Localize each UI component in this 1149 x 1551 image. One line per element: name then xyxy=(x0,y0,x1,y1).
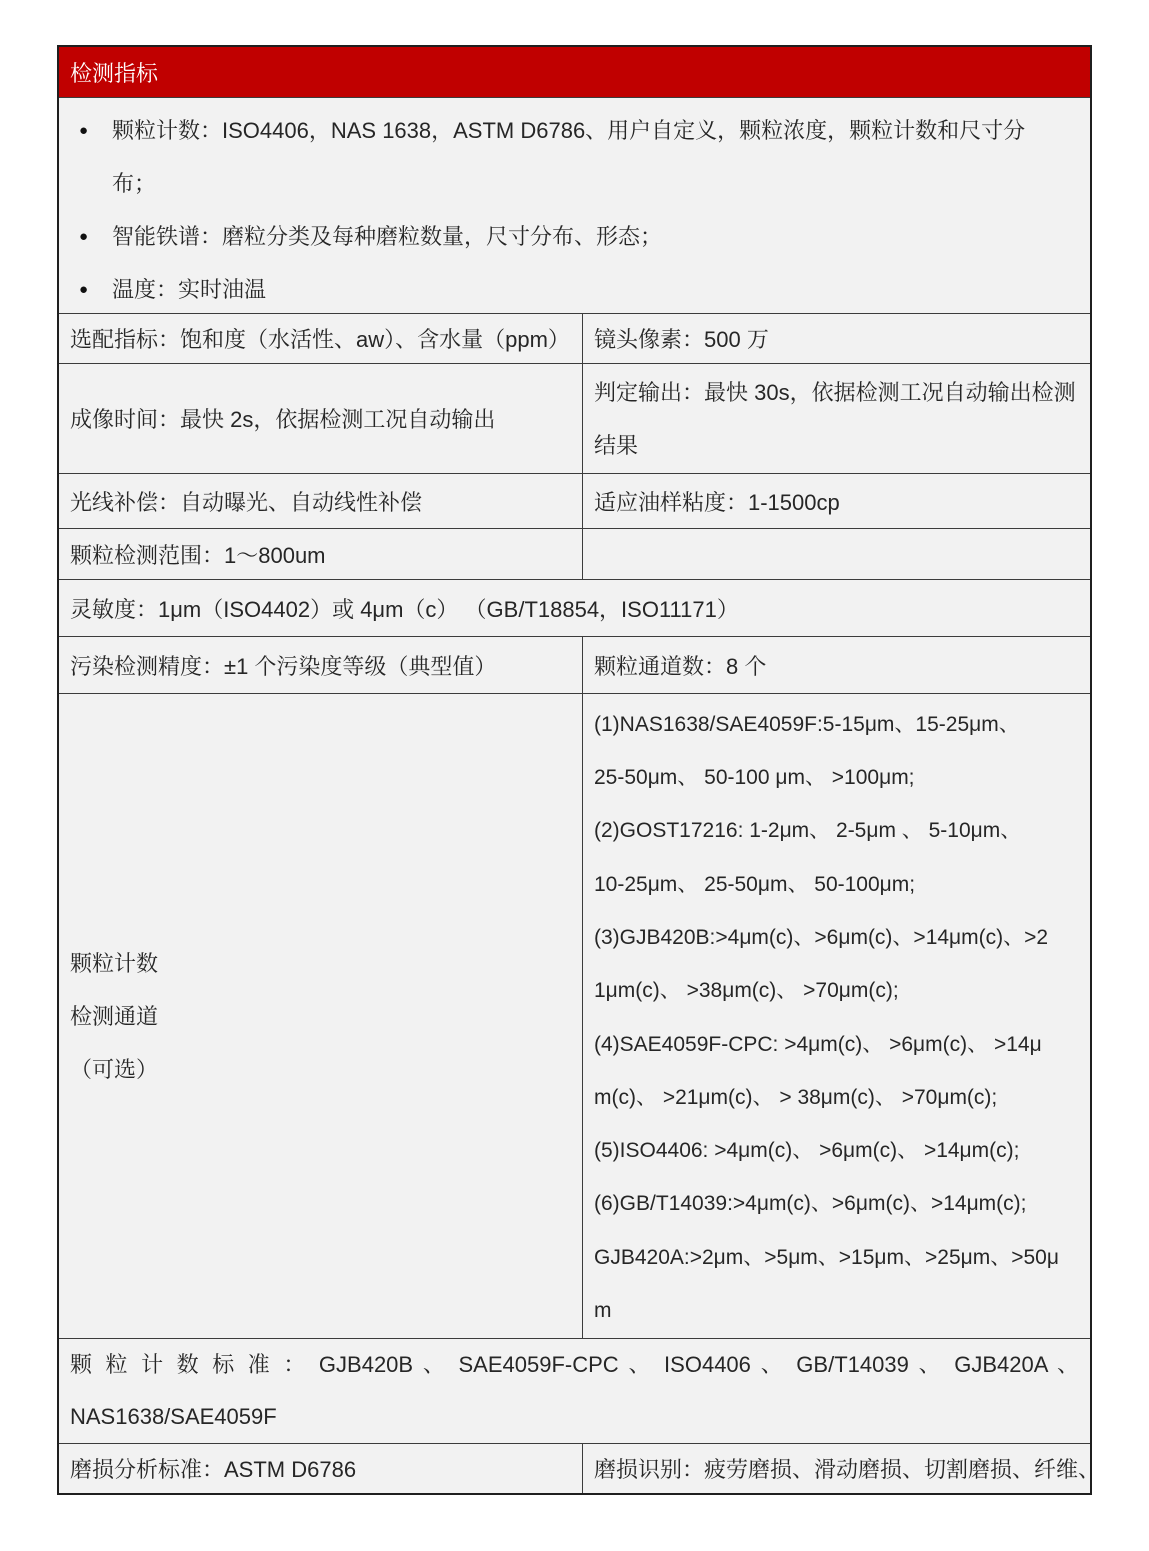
channel-spec-line: (5)ISO4406: >4μm(c)、 >6μm(c)、 >14μm(c); xyxy=(594,1124,1079,1177)
bullet-summary-cell: ● 颗粒计数：ISO4406，NAS 1638，ASTM D6786、用户自定义… xyxy=(59,97,1090,313)
wear-analysis-standard-cell: 磨损分析标准：ASTM D6786 xyxy=(59,1444,583,1493)
spec-row-particle-range: 颗粒检测范围：1～800um xyxy=(59,528,1090,579)
spec-row-counting-standard: 颗 粒 计 数 标 准 ： GJB420B 、 SAE4059F-CPC 、 I… xyxy=(59,1338,1090,1443)
bullet-icon: ● xyxy=(59,263,112,316)
judgment-output-cell: 判定输出：最快 30s，依据检测工况自动输出检测 结果 xyxy=(583,364,1090,473)
wear-recognition-cell: 磨损识别：疲劳磨损、滑动磨损、切割磨损、纤维、 xyxy=(583,1444,1090,1493)
channel-spec-line: (2)GOST17216: 1-2μm、 2-5μm 、 5-10μm、 xyxy=(594,804,1079,857)
counting-channels-label-line: 颗粒计数 xyxy=(70,937,571,990)
bullet-text: 颗粒计数：ISO4406，NAS 1638，ASTM D6786、用户自定义，颗… xyxy=(112,104,1090,157)
empty-cell xyxy=(583,529,1090,579)
judgment-output-line: 判定输出：最快 30s，依据检测工况自动输出检测 xyxy=(594,366,1079,419)
counting-standard-cell: 颗 粒 计 数 标 准 ： GJB420B 、 SAE4059F-CPC 、 I… xyxy=(59,1339,1090,1443)
channel-spec-line: (6)GB/T14039:>4μm(c)、>6μm(c)、>14μm(c); xyxy=(594,1177,1079,1230)
counting-standard-line: NAS1638/SAE4059F xyxy=(70,1391,1079,1443)
bullet-item-particle-count: ● 颗粒计数：ISO4406，NAS 1638，ASTM D6786、用户自定义… xyxy=(59,104,1090,210)
bullet-icon: ● xyxy=(59,210,112,263)
counting-standard-line: 颗 粒 计 数 标 准 ： GJB420B 、 SAE4059F-CPC 、 I… xyxy=(70,1339,1079,1391)
bullet-item-ferrography: ● 智能铁谱：磨粒分类及每种磨粒数量，尺寸分布、形态； xyxy=(59,210,1090,263)
counting-channels-label-line: 检测通道 xyxy=(70,990,571,1043)
imaging-time-cell: 成像时间：最快 2s，依据检测工况自动输出 xyxy=(59,364,583,473)
channel-count-cell: 颗粒通道数：8 个 xyxy=(583,637,1090,693)
spec-row-imaging-time: 成像时间：最快 2s，依据检测工况自动输出 判定输出：最快 30s，依据检测工况… xyxy=(59,363,1090,473)
spec-row-contamination-precision: 污染检测精度：±1 个污染度等级（典型值） 颗粒通道数：8 个 xyxy=(59,636,1090,693)
lens-pixels-cell: 镜头像素：500 万 xyxy=(583,314,1090,363)
sensitivity-cell: 灵敏度：1μm（ISO4402）或 4μm（c） （GB/T18854，ISO1… xyxy=(59,580,1090,636)
channel-spec-line: m(c)、 >21μm(c)、 > 38μm(c)、 >70μm(c); xyxy=(594,1071,1079,1124)
spec-table: 检测指标 ● 颗粒计数：ISO4406，NAS 1638，ASTM D6786、… xyxy=(57,45,1092,1495)
bullet-text: 温度：实时油温 xyxy=(112,263,1090,316)
judgment-output-line: 结果 xyxy=(594,419,1079,472)
spec-row-optional-metrics: 选配指标：饱和度（水活性、aw）、含水量（ppm） 镜头像素：500 万 xyxy=(59,313,1090,363)
channel-spec-line: m xyxy=(594,1284,1079,1337)
optional-metrics-cell: 选配指标：饱和度（水活性、aw）、含水量（ppm） xyxy=(59,314,583,363)
spec-row-wear-analysis: 磨损分析标准：ASTM D6786 磨损识别：疲劳磨损、滑动磨损、切割磨损、纤维… xyxy=(59,1443,1090,1493)
spec-row-light-compensation: 光线补偿：自动曝光、自动线性补偿 适应油样粘度：1-1500cp xyxy=(59,473,1090,528)
channel-spec-line: 10-25μm、 25-50μm、 50-100μm; xyxy=(594,858,1079,911)
oil-viscosity-cell: 适应油样粘度：1-1500cp xyxy=(583,474,1090,528)
spec-row-counting-channels: 颗粒计数 检测通道 （可选） (1)NAS1638/SAE4059F:5-15μ… xyxy=(59,693,1090,1338)
counting-channels-label-cell: 颗粒计数 检测通道 （可选） xyxy=(59,694,583,1338)
section-header: 检测指标 xyxy=(59,47,1090,97)
bullet-item-temperature: ● 温度：实时油温 xyxy=(59,263,1090,316)
light-compensation-cell: 光线补偿：自动曝光、自动线性补偿 xyxy=(59,474,583,528)
bullet-icon: ● xyxy=(59,104,112,157)
counting-channels-label-line: （可选） xyxy=(70,1043,571,1096)
channel-spec-line: GJB420A:>2μm、>5μm、>15μm、>25μm、>50μ xyxy=(594,1231,1079,1284)
channel-spec-line: 1μm(c)、 >38μm(c)、 >70μm(c); xyxy=(594,964,1079,1017)
channel-spec-line: (1)NAS1638/SAE4059F:5-15μm、15-25μm、 xyxy=(594,698,1079,751)
spec-row-sensitivity: 灵敏度：1μm（ISO4402）或 4μm（c） （GB/T18854，ISO1… xyxy=(59,579,1090,636)
channel-spec-line: (3)GJB420B:>4μm(c)、>6μm(c)、>14μm(c)、>2 xyxy=(594,911,1079,964)
bullet-text: 智能铁谱：磨粒分类及每种磨粒数量，尺寸分布、形态； xyxy=(112,210,1090,263)
channel-spec-line: 25-50μm、 50-100 μm、 >100μm; xyxy=(594,751,1079,804)
contamination-precision-cell: 污染检测精度：±1 个污染度等级（典型值） xyxy=(59,637,583,693)
bullet-text: 布； xyxy=(112,157,1090,210)
channel-spec-line: (4)SAE4059F-CPC: >4μm(c)、 >6μm(c)、 >14μ xyxy=(594,1018,1079,1071)
particle-range-cell: 颗粒检测范围：1～800um xyxy=(59,529,583,579)
counting-channels-detail-cell: (1)NAS1638/SAE4059F:5-15μm、15-25μm、 25-5… xyxy=(583,694,1090,1338)
section-header-title: 检测指标 xyxy=(70,57,158,88)
